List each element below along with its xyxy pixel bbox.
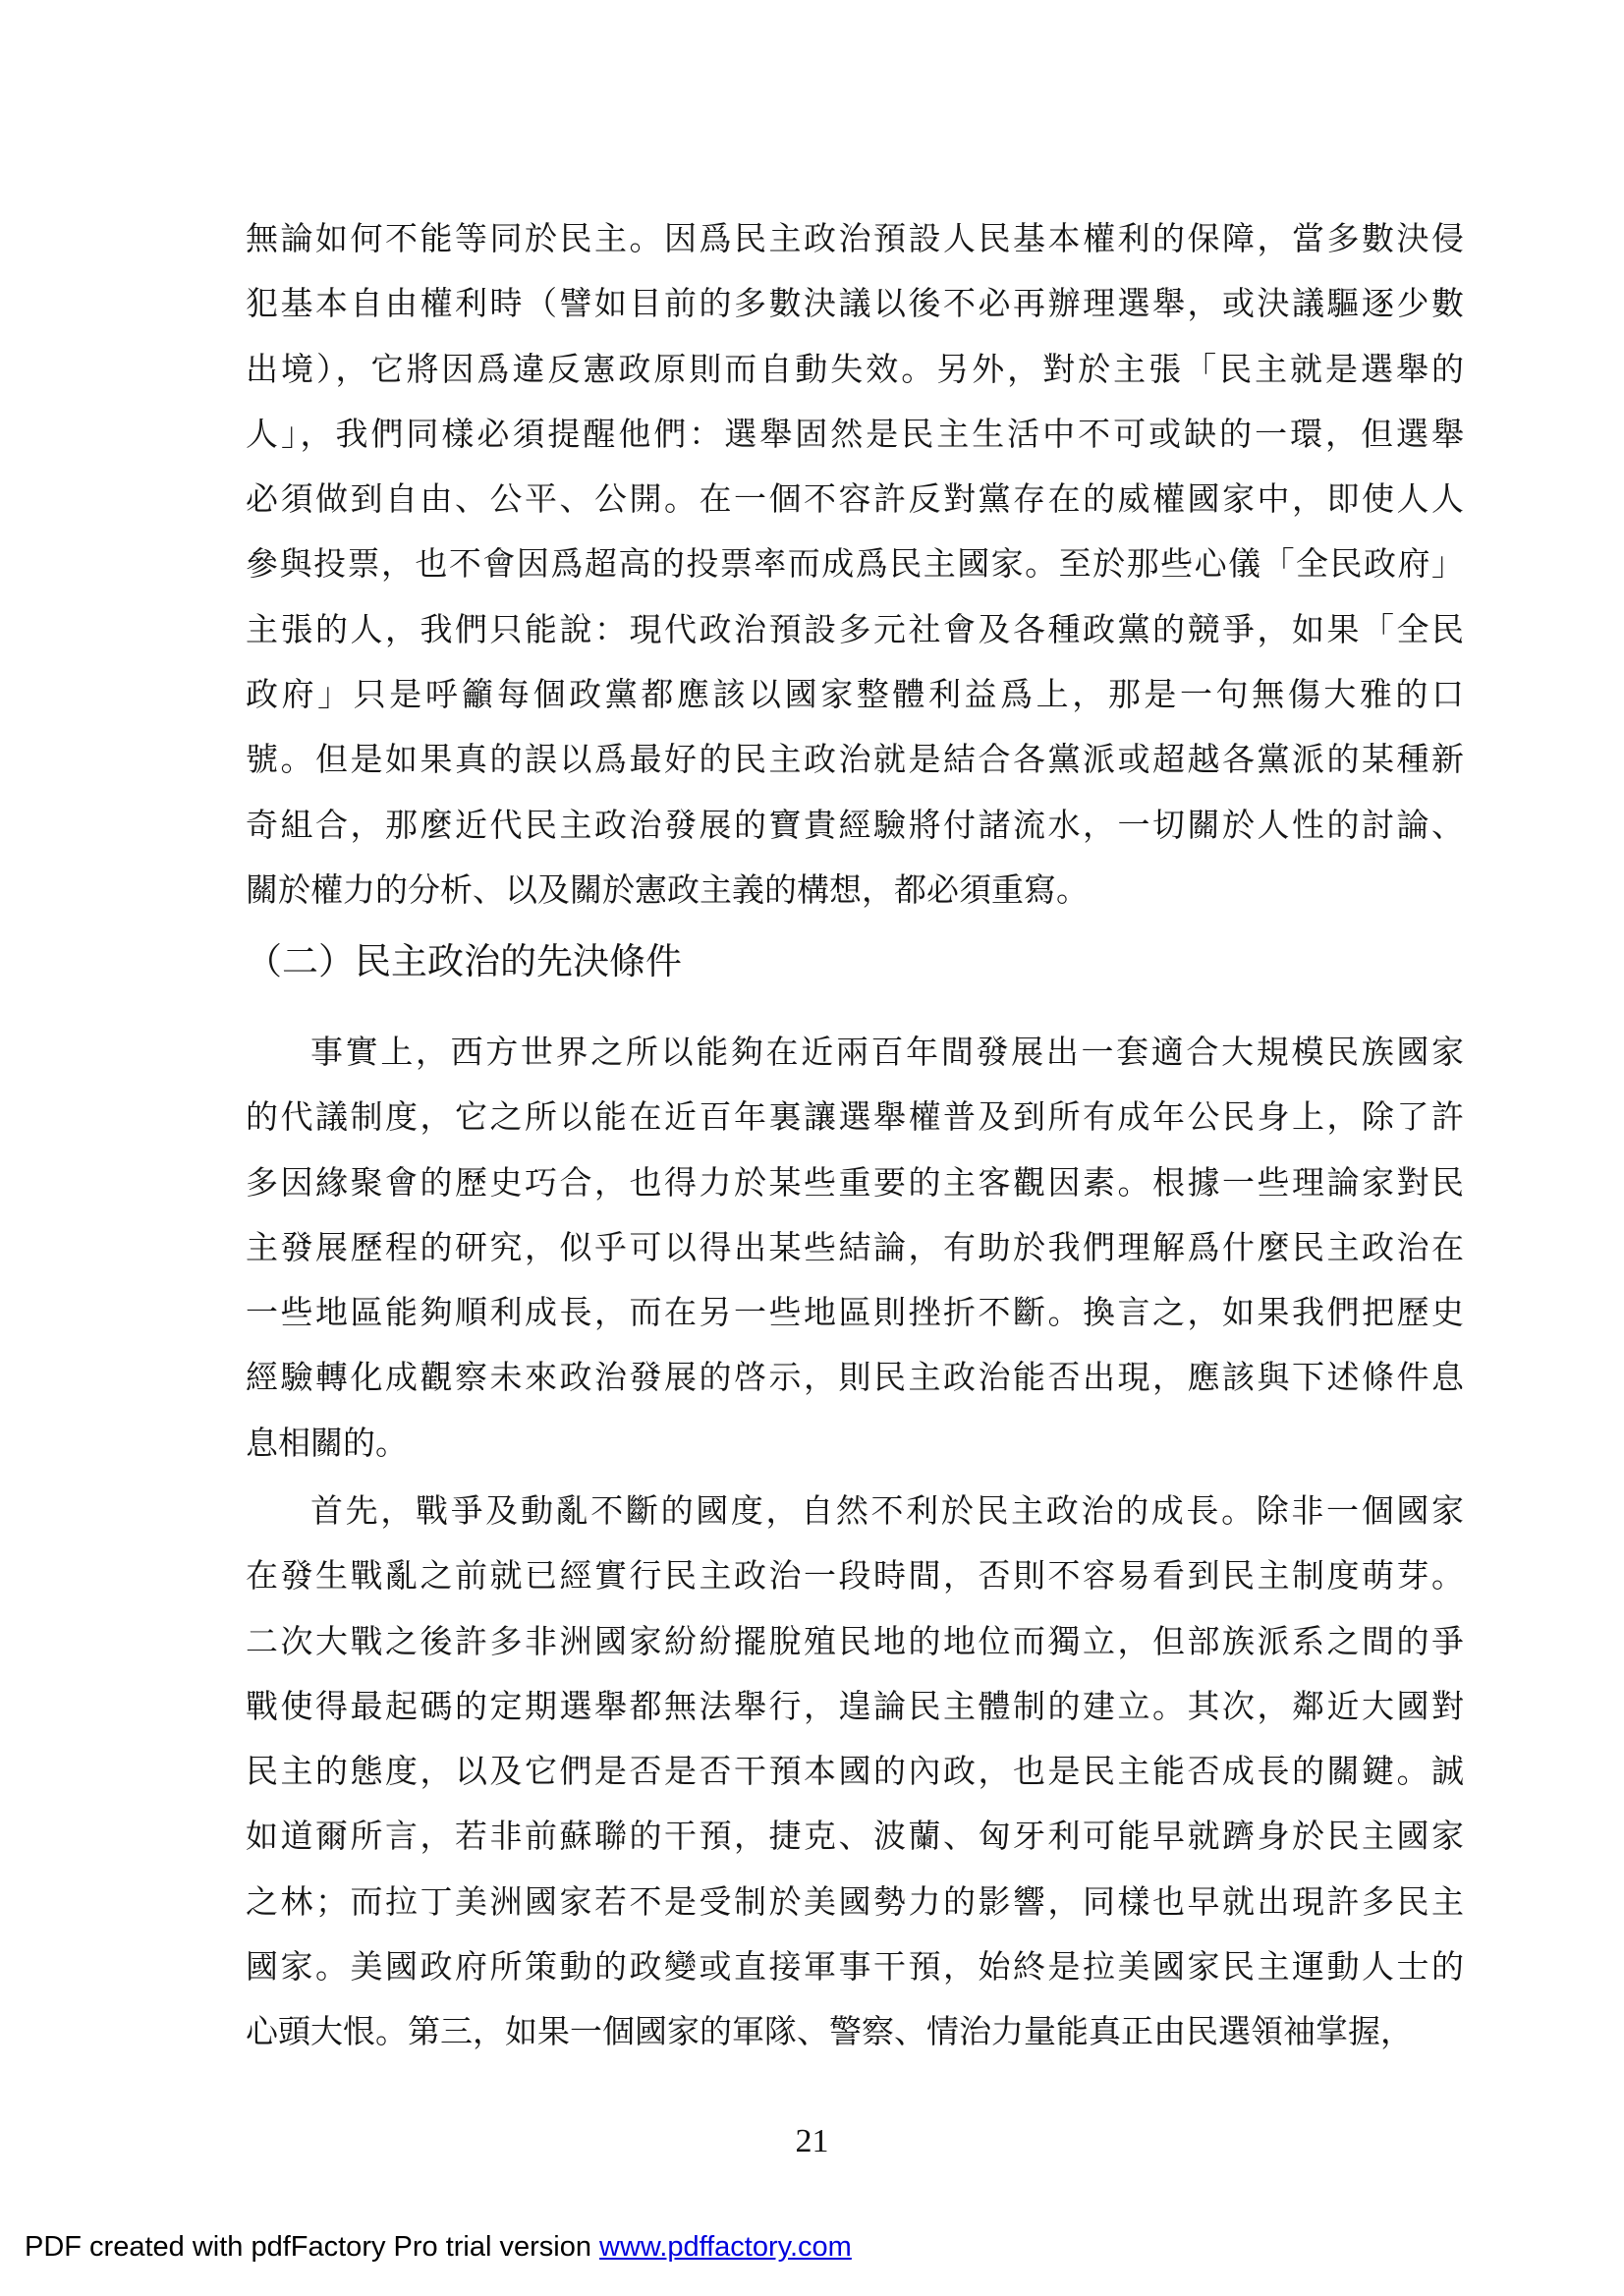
text-line: 之林；而拉丁美洲國家若不是受制於美國勢力的影響，同樣也早就出現許多民主 [246, 1871, 1464, 1935]
text-line: 經驗轉化成觀察未來政治發展的啓示，則民主政治能否出現，應該與下述條件息 [246, 1346, 1464, 1411]
pdf-footer: PDF created with pdfFactory Pro trial ve… [25, 2228, 852, 2266]
text-line: 如道爾所言，若非前蘇聯的干預，捷克、波蘭、匈牙利可能早就躋身於民主國家 [246, 1805, 1464, 1870]
paragraph: 事實上，西方世界之所以能夠在近兩百年間發展出一套適合大規模民族國家的代議制度，它… [246, 1021, 1464, 1477]
text-line: 關於權力的分析、以及關於憲政主義的構想，都必須重寫。 [246, 859, 1464, 924]
footer-link[interactable]: www.pdffactory.com [599, 2231, 852, 2263]
text-line: 無論如何不能等同於民主。因爲民主政治預設人民基本權利的保障，當多數決侵 [246, 207, 1464, 272]
text-line: 政府」只是呼籲每個政黨都應該以國家整體利益爲上，那是一句無傷大雅的口 [246, 663, 1464, 728]
document-page: 無論如何不能等同於民主。因爲民主政治預設人民基本權利的保障，當多數決侵犯基本自由… [0, 0, 1624, 2296]
text-line: 事實上，西方世界之所以能夠在近兩百年間發展出一套適合大規模民族國家 [246, 1021, 1464, 1086]
text-line: 出境），它將因爲違反憲政原則而自動失效。另外，對於主張「民主就是選舉的 [246, 338, 1464, 403]
footer-text: PDF created with pdfFactory Pro trial ve… [25, 2231, 599, 2263]
text-line: 犯基本自由權利時（譬如目前的多數決議以後不必再辦理選舉，或決議驅逐少數 [246, 272, 1464, 337]
text-line: 戰使得最起碼的定期選舉都無法舉行，遑論民主體制的建立。其次，鄰近大國對 [246, 1675, 1464, 1740]
text-line: 號。但是如果真的誤以爲最好的民主政治就是結合各黨派或超越各黨派的某種新 [246, 728, 1464, 793]
text-line: 二次大戰之後許多非洲國家紛紛擺脫殖民地的地位而獨立，但部族派系之間的爭 [246, 1610, 1464, 1675]
text-line: 心頭大恨。第三，如果一個國家的軍隊、警察、情治力量能真正由民選領袖掌握， [246, 2000, 1464, 2065]
text-line: 人」，我們同樣必須提醒他們：選舉固然是民主生活中不可或缺的一環，但選舉 [246, 403, 1464, 468]
paragraph: 無論如何不能等同於民主。因爲民主政治預設人民基本權利的保障，當多數決侵犯基本自由… [246, 207, 1464, 924]
text-line: 的代議制度，它之所以能在近百年裏讓選舉權普及到所有成年公民身上，除了許 [246, 1086, 1464, 1150]
paragraph: 首先，戰爭及動亂不斷的國度，自然不利於民主政治的成長。除非一個國家在發生戰亂之前… [246, 1480, 1464, 2066]
page-number: 21 [0, 2122, 1624, 2161]
text-line: 在發生戰亂之前就已經實行民主政治一段時間，否則不容易看到民主制度萌芽。 [246, 1544, 1464, 1609]
text-line: 民主的態度，以及它們是否是否干預本國的內政，也是民主能否成長的關鍵。誠 [246, 1740, 1464, 1805]
text-line: 奇組合，那麼近代民主政治發展的寶貴經驗將付諸流水，一切關於人性的討論、 [246, 794, 1464, 859]
text-line: 必須做到自由、公平、公開。在一個不容許反對黨存在的威權國家中，即使人人 [246, 468, 1464, 532]
text-line: 多因緣聚會的歷史巧合，也得力於某些重要的主客觀因素。根據一些理論家對民 [246, 1151, 1464, 1216]
text-line: 國家。美國政府所策動的政變或直接軍事干預，始終是拉美國家民主運動人士的 [246, 1935, 1464, 2000]
section-heading: （二）民主政治的先決條件 [246, 928, 1464, 997]
text-line: 主張的人，我們只能說：現代政治預設多元社會及各種政黨的競爭，如果「全民 [246, 598, 1464, 663]
text-line: 首先，戰爭及動亂不斷的國度，自然不利於民主政治的成長。除非一個國家 [246, 1480, 1464, 1544]
text-line: 息相關的。 [246, 1412, 1464, 1477]
text-line: 參與投票，也不會因爲超高的投票率而成爲民主國家。至於那些心儀「全民政府」 [246, 532, 1464, 597]
text-line: 主發展歷程的研究，似乎可以得出某些結論，有助於我們理解爲什麼民主政治在 [246, 1216, 1464, 1281]
text-line: 一些地區能夠順利成長，而在另一些地區則挫折不斷。換言之，如果我們把歷史 [246, 1281, 1464, 1346]
